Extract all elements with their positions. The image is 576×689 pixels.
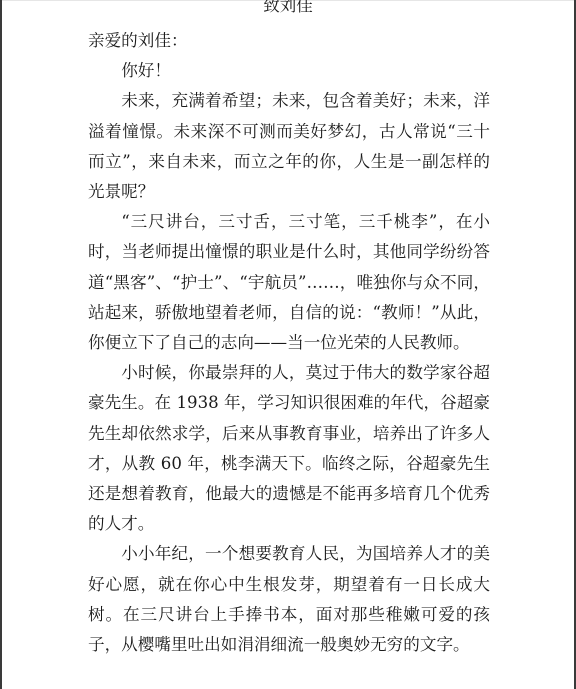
document-body: 亲爱的刘佳： 你好！ 未来，充满着希望；未来，包含着美好；未来，洋溢着憧憬。未来…: [88, 26, 490, 660]
paragraph-1: 未来，充满着希望；未来，包含着美好；未来，洋溢着憧憬。未来深不可测而美好梦幻，古…: [88, 86, 490, 207]
salutation: 亲爱的刘佳：: [88, 26, 490, 56]
page-edge-left: [0, 0, 2, 689]
paragraph-3: 小时候，你最崇拜的人，莫过于伟大的数学家谷超豪先生。在 1938 年，学习知识很…: [88, 358, 490, 539]
greeting: 你好！: [88, 56, 490, 86]
paragraph-2: “三尺讲台，三寸舌，三寸笔，三千桃李”，在小时，当老师提出憧憬的职业是什么时，其…: [88, 207, 490, 358]
paragraph-4: 小小年纪，一个想要教育人民，为国培养人才的美好心愿，就在你心中生根发芽，期望着有…: [88, 539, 490, 660]
document-title: 致刘佳: [86, 0, 490, 18]
